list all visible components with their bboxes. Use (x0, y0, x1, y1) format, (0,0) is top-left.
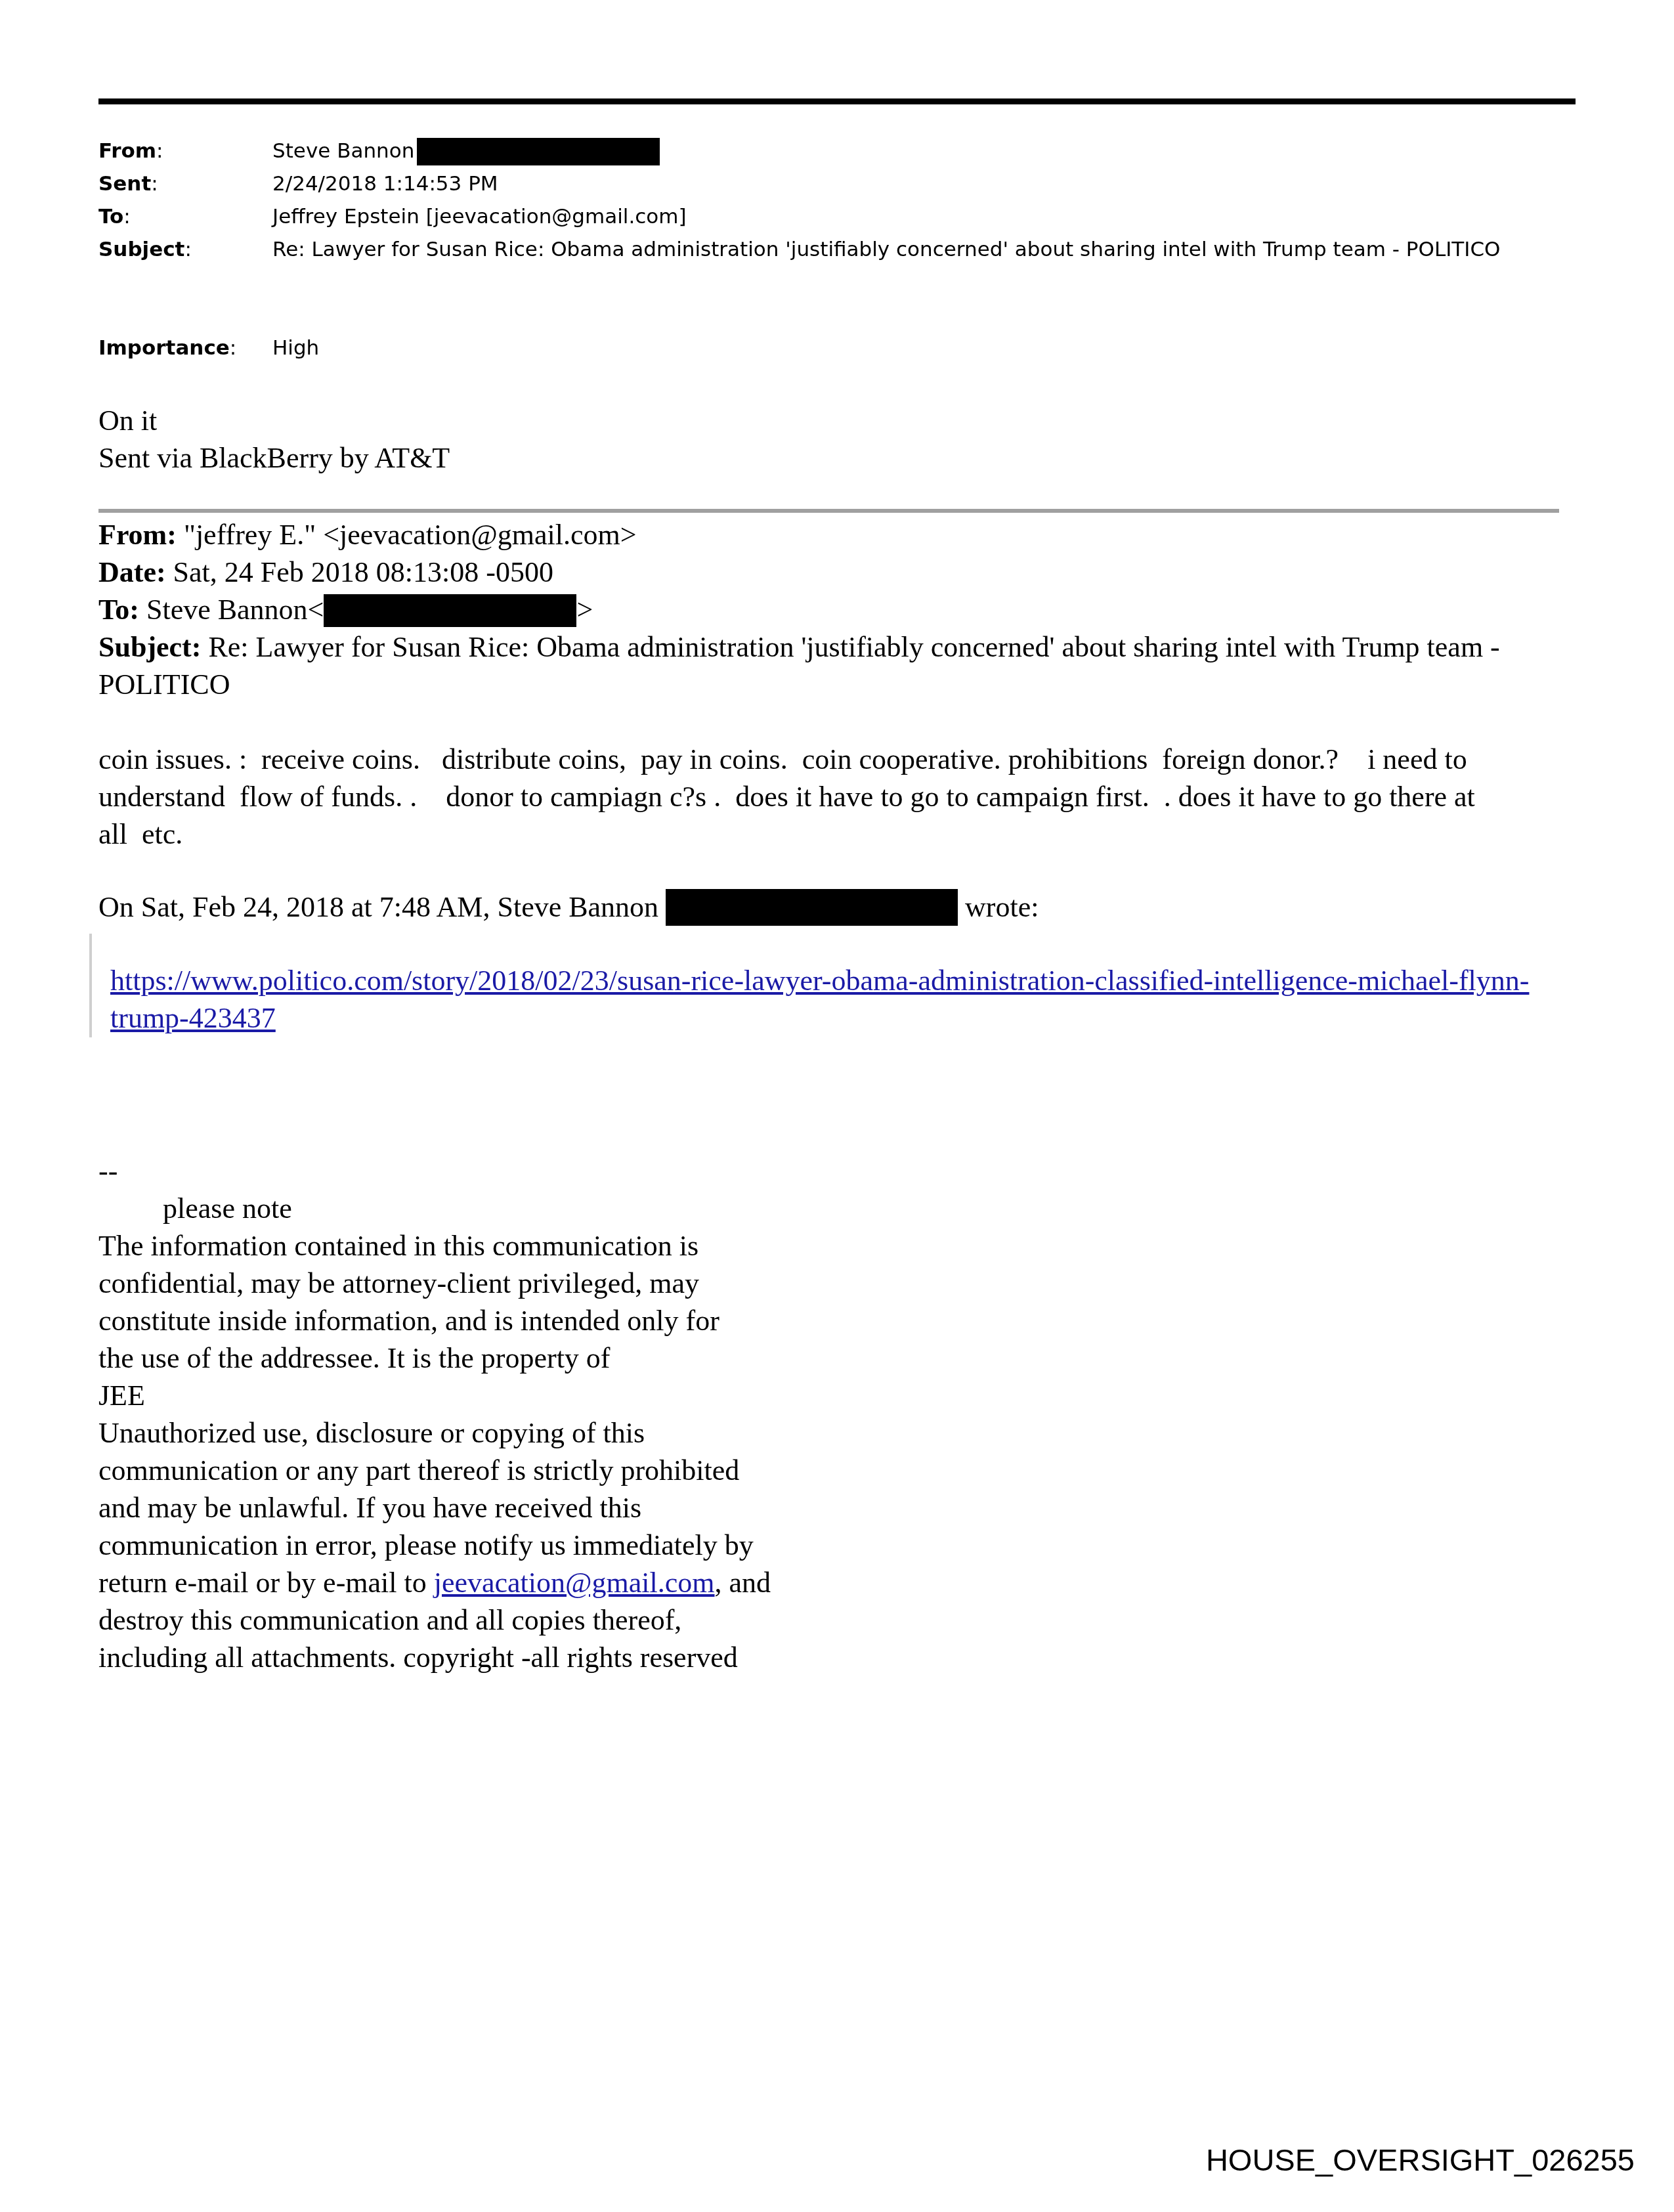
earlier-date-label: Date: (98, 556, 166, 588)
signature-block: -- please note The information contained… (98, 1152, 1018, 1676)
earlier-to-value: Steve Bannon< (146, 594, 324, 626)
disclaimer-line: including all attachments. copyright -al… (98, 1639, 1018, 1676)
redaction-box (417, 138, 660, 165)
email-document-page: From: Steve Bannon Sent: 2/24/2018 1:14:… (0, 0, 1674, 2212)
header-from-value: Steve Bannon (272, 135, 1572, 167)
disclaimer-line: destroy this communication and all copie… (98, 1601, 1018, 1639)
disclaimer-email-suffix: , and (715, 1567, 771, 1599)
message-separator-rule (98, 509, 1559, 513)
disclaimer-line: confidential, may be attorney-client pri… (98, 1265, 1018, 1302)
earlier-subject-value: Re: Lawyer for Susan Rice: Obama adminis… (98, 631, 1500, 701)
disclaimer-email-line: return e-mail or by e-mail to jeevacatio… (98, 1564, 1018, 1601)
redaction-box (324, 594, 576, 627)
earlier-date-row: Date: Sat, 24 Feb 2018 08:13:08 -0500 (98, 553, 1543, 591)
disclaimer-line: The information contained in this commun… (98, 1227, 1018, 1265)
earlier-to-label: To: (98, 594, 139, 626)
quote-intro-line: On Sat, Feb 24, 2018 at 7:48 AM, Steve B… (98, 888, 1039, 926)
disclaimer-line: communication or any part thereof is str… (98, 1452, 1018, 1489)
header-subject-value: Re: Lawyer for Susan Rice: Obama adminis… (272, 233, 1592, 266)
disclaimer-line: constitute inside information, and is in… (98, 1302, 1018, 1339)
header-from-label: From: (98, 135, 163, 167)
header-subject-label: Subject: (98, 233, 192, 266)
disclaimer-line: communication in error, please notify us… (98, 1527, 1018, 1564)
reply-signature-line: Sent via BlackBerry by AT&T (98, 439, 450, 477)
reply-body: On it Sent via BlackBerry by AT&T (98, 402, 450, 477)
disclaimer-email-link[interactable]: jeevacation@gmail.com (434, 1567, 715, 1599)
earlier-subject-label: Subject: (98, 631, 201, 663)
earlier-subject-row: Subject: Re: Lawyer for Susan Rice: Obam… (98, 628, 1543, 703)
reply-line: On it (98, 402, 450, 439)
signature-note: please note (98, 1190, 1018, 1227)
header-to-label: To: (98, 200, 131, 233)
header-sent-value: 2/24/2018 1:14:53 PM (272, 167, 1572, 200)
quote-intro-prefix: On Sat, Feb 24, 2018 at 7:48 AM, Steve B… (98, 891, 658, 923)
quote-indent-bar (89, 934, 92, 1037)
disclaimer-line: Unauthorized use, disclosure or copying … (98, 1414, 1018, 1452)
quote-intro-suffix: wrote: (965, 891, 1039, 923)
earlier-from-row: From: "jeffrey E." <jeevacation@gmail.co… (98, 516, 1543, 553)
top-rule-divider (98, 98, 1576, 104)
disclaimer-line: the use of the addressee. It is the prop… (98, 1339, 1018, 1377)
redaction-box (666, 889, 958, 926)
earlier-to-row: To: Steve Bannon<> (98, 591, 1543, 628)
earlier-to-suffix: > (576, 594, 593, 626)
earlier-from-label: From: (98, 519, 177, 551)
earlier-message-body: coin issues. : receive coins. distribute… (98, 741, 1510, 853)
bates-number: HOUSE_OVERSIGHT_026255 (1206, 2142, 1635, 2178)
quoted-block: https://www.politico.com/story/2018/02/2… (110, 962, 1535, 1037)
header-importance-label: Importance: (98, 332, 236, 364)
header-sent-label: Sent: (98, 167, 158, 200)
politico-article-link[interactable]: https://www.politico.com/story/2018/02/2… (110, 965, 1529, 1034)
disclaimer-line: and may be unlawful. If you have receive… (98, 1489, 1018, 1527)
earlier-message-header: From: "jeffrey E." <jeevacation@gmail.co… (98, 516, 1543, 703)
earlier-from-value: "jeffrey E." <jeevacation@gmail.com> (184, 519, 637, 551)
disclaimer-line: JEE (98, 1377, 1018, 1414)
header-to-value: Jeffrey Epstein [jeevacation@gmail.com] (272, 200, 1572, 233)
signature-separator: -- (98, 1152, 1018, 1190)
earlier-date-value: Sat, 24 Feb 2018 08:13:08 -0500 (173, 556, 553, 588)
disclaimer-email-prefix: return e-mail or by e-mail to (98, 1567, 434, 1599)
header-importance-value: High (272, 332, 1572, 364)
